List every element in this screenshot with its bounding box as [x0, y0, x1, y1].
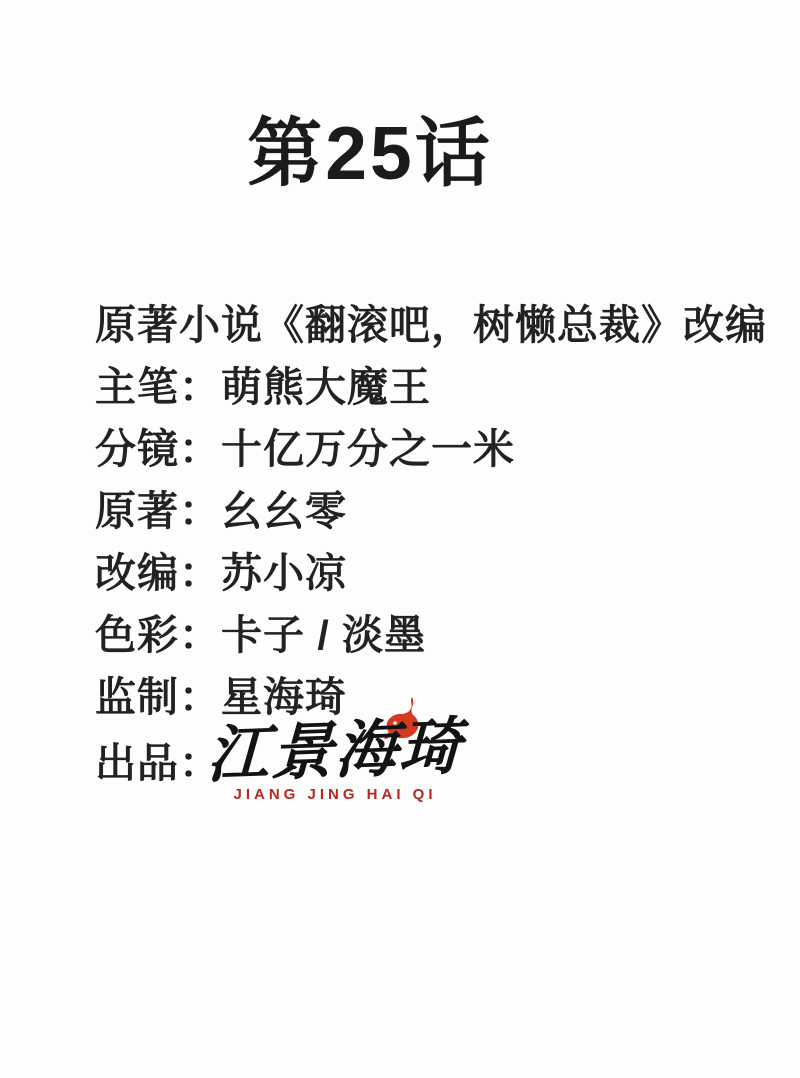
- credit-label: 监制：: [95, 666, 221, 728]
- credit-row-producer: 出品： 江景海琦 JIANG JING HAI QI: [95, 732, 780, 852]
- chapter-title: 第25话: [0, 94, 770, 201]
- credit-row-colors: 色彩：卡子 / 淡墨: [95, 604, 780, 666]
- studio-logo-hanzi: 江景海琦: [204, 713, 466, 787]
- credit-row-storyboard: 分镜：十亿万分之一米: [95, 418, 780, 480]
- credit-value: 苏小凉: [221, 542, 347, 604]
- credit-row-lead-artist: 主笔：萌熊大魔王: [95, 356, 780, 418]
- credit-row-adaptation: 改编：苏小凉: [95, 542, 780, 604]
- credit-label: 色彩：: [95, 604, 221, 666]
- credit-label: 分镜：: [95, 418, 221, 480]
- credits-block: 原著小说《翻滚吧，树懒总裁》改编 主笔：萌熊大魔王 分镜：十亿万分之一米 原著：…: [95, 294, 780, 852]
- credit-value: 十亿万分之一米: [221, 418, 515, 480]
- studio-logo: 江景海琦 JIANG JING HAI QI: [205, 718, 465, 803]
- credit-label: 原著：: [95, 480, 221, 542]
- credit-value: 幺幺零: [221, 480, 347, 542]
- credit-row-original-author: 原著：幺幺零: [95, 480, 780, 542]
- credit-label: 改编：: [95, 542, 221, 604]
- credit-value: 卡子 / 淡墨: [221, 604, 426, 666]
- credit-label: 主笔：: [95, 356, 221, 418]
- comic-credits-page: 第25话 原著小说《翻滚吧，树懒总裁》改编 主笔：萌熊大魔王 分镜：十亿万分之一…: [0, 0, 800, 1078]
- producer-label: 出品：: [95, 740, 221, 786]
- source-novel-line: 原著小说《翻滚吧，树懒总裁》改编: [95, 294, 780, 356]
- credit-value: 萌熊大魔王: [221, 356, 431, 418]
